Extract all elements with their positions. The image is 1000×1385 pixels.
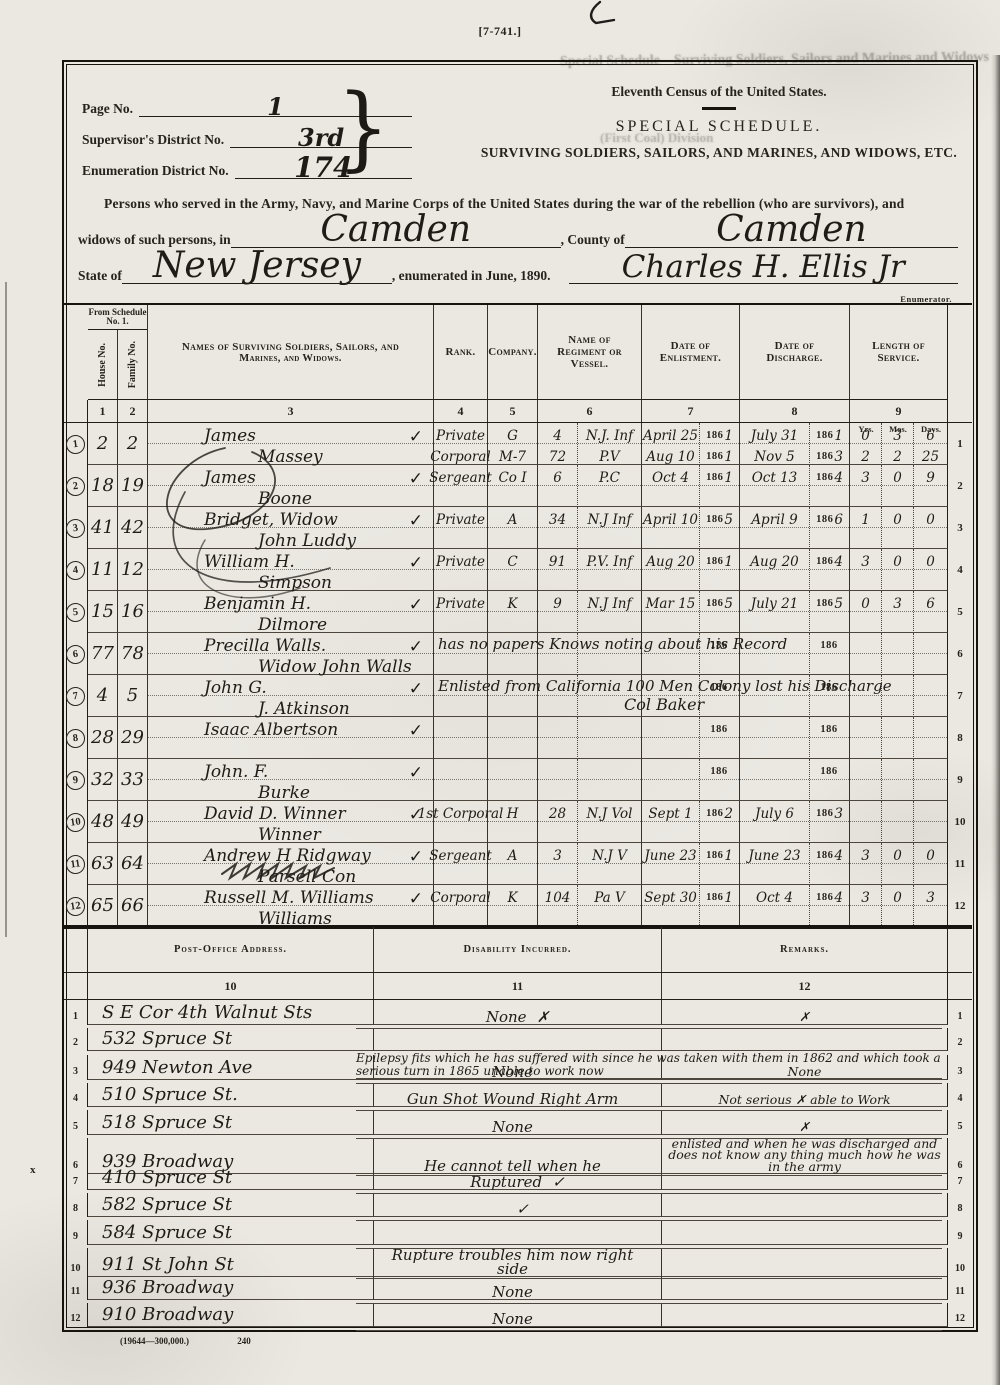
regiment-no-cell: 9 [538,591,578,633]
row-number-cell: 2 [64,465,88,507]
discharge-year-cell: 186 [810,759,850,801]
circled-row-number: 9 [65,769,86,790]
house-no-cell: 48 [88,801,118,843]
row-number-right: 1 [948,1000,972,1025]
spanning-note [356,1191,942,1194]
name-line-2: Dilmore [148,612,433,632]
months-cell [882,801,914,843]
column-number-row: 1 2 3 4 5 6 7 8 9 [64,400,972,423]
enlist-year-cell: 1861 [700,885,740,927]
rank-cell: Corporal [434,885,488,927]
family-no-cell: 42 [118,507,148,549]
name-cell: Russell M. Williams Williams ✓ [148,885,434,927]
row-number-right: 11 [948,843,972,885]
lower-table-row: 10 911 St John St Rupture troubles him n… [64,1248,972,1276]
years-cell: 0 [850,591,882,633]
enlist-year-cell: 1861 1861 [700,423,740,465]
disability-mark: ✗ [537,1010,550,1024]
remarks-header: Remarks. [662,927,948,973]
name-line-2: Widow John Walls [148,654,433,674]
remarks-cell [662,1165,948,1190]
col-num-2: 2 [118,400,148,422]
spanning-note [356,1081,942,1084]
table-row: 10 48 49 David D. Winner Winner ✓ 1st Co… [64,801,972,843]
discharge-year-cell: 1861 1863 [810,423,850,465]
table-row: 7 4 5 John G. J. Atkinson ✓ [64,675,972,717]
row-number-left: 11 [64,1275,88,1300]
row-note: Enlisted from California 100 Men Colony … [438,677,943,695]
rank-cell: Private [434,591,488,633]
name-line-1: Isaac Albertson [148,717,433,738]
discharge-header: Date of Discharge. [740,305,850,400]
house-no-cell: 65 [88,885,118,927]
discharge-date-cell [740,717,810,759]
house-family-headers: House No. Family No. [88,330,147,399]
length-header: Length of Service. [850,305,948,400]
months-cell: 0 [882,549,914,591]
circled-row-number: 5 [65,601,86,622]
row-number-left: 2 [64,1028,88,1051]
lower-table-rows: 1 S E Cor 4th Walnut Sts None ✗ ✗ 1 2 53… [64,1000,972,1330]
regiment-no-cell: 4 72 [538,423,578,465]
enumerated-label: , enumerated in June, 1890. [392,268,551,284]
census-title-block: Eleventh Census of the United States. SP… [480,84,958,161]
row-number-right: 5 [948,591,972,633]
address-cell: 410 Spruce St [88,1165,374,1190]
row-number-cell: 5 [64,591,88,633]
company-cell: G M-7 [488,423,538,465]
enlist-year-cell: 1861 [700,549,740,591]
discharge-date-cell: Oct 13 [740,465,810,507]
rank-header: Rank. [434,305,488,400]
spanning-note: Epilepsy fits which he has suffered with… [356,1052,942,1079]
name-line-2: John Luddy [148,528,433,548]
lower-table-row: 11 936 Broadway None 11 [64,1275,972,1303]
name-line-2: Winner [148,822,433,842]
schedule-title: SPECIAL SCHEDULE. [480,118,958,136]
page-edge-shadow [991,55,1000,1385]
print-number: 240 [237,1336,251,1346]
row-number-left: 3 [64,1055,88,1080]
family-no-cell: 16 [118,591,148,633]
months-cell: 3 [882,591,914,633]
months-cell: 0 [882,465,914,507]
regiment-name-cell: N.J Vol [578,801,642,843]
row-number-cell: 9 [64,759,88,801]
name-line-1: Benjamin H. [148,591,433,612]
check-mark: ✓ [409,511,423,531]
years-cell: 3 [850,885,882,927]
days-cell [914,759,948,801]
enlist-date-cell: Sept 30 [642,885,700,927]
disability-header: Disability Incurred. [374,927,662,973]
disability-cell: None [374,1110,662,1135]
rank-cell: 1st Corporal [434,801,488,843]
row-number-cell: 4 [64,549,88,591]
circled-row-number: 7 [65,685,86,706]
page-no-label: Page No. [82,101,133,117]
family-no-header: Family No. [117,330,147,399]
name-line-2 [148,738,433,758]
address-cell: 532 Spruce St [88,1028,374,1051]
rank-cell: Sergeant [434,465,488,507]
row-number-left: 7 [64,1165,88,1190]
company-header: Company. [488,305,538,400]
check-mark: ✓ [409,427,423,447]
row-number-cell: 1 [64,423,88,465]
name-line-1: Russell M. Williams [148,885,433,906]
days-cell [914,717,948,759]
family-no-cell: 64 [118,843,148,885]
remarks-cell: ✗ [662,1000,948,1025]
days-cell: 3 [914,885,948,927]
row-note: has no papers Knows noting about his Rec… [438,635,943,653]
discharge-date-cell: Oct 4 [740,885,810,927]
spanning-note [356,1136,942,1139]
discharge-year-cell: 1864 [810,885,850,927]
company-cell: C [488,549,538,591]
check-mark: ✓ [409,721,423,741]
name-line-1: Precilla Walls. [148,633,433,654]
row-number-right: 2 [948,1028,972,1051]
county-label: , County of [561,232,625,248]
days-cell: 0 [914,843,948,885]
name-cell: Isaac Albertson ✓ [148,717,434,759]
name-cell: James Boone ✓ [148,465,434,507]
title-rule [702,107,736,110]
row-number-right: 4 [948,549,972,591]
discharge-year-cell: 186 [810,717,850,759]
house-no-cell: 32 [88,759,118,801]
regiment-name-cell: Pa V [578,885,642,927]
page-edge-line [5,282,7,937]
row-number-right: 7 [948,1165,972,1190]
rank-cell: Private [434,549,488,591]
name-line-2: Williams [148,906,433,926]
row-number-left: 8 [64,1193,88,1218]
disability-cell: Gun Shot Wound Right Arm [374,1083,662,1108]
discharge-year-cell: 1863 [810,801,850,843]
discharge-date-cell: Aug 20 [740,549,810,591]
family-no-cell: 49 [118,801,148,843]
address-cell: 936 Broadway [88,1275,374,1300]
row-number-right: 3 [948,1055,972,1080]
row-number-left: 9 [64,1220,88,1245]
address-header: Post-Office Address. [88,927,374,973]
margin-col [64,305,88,400]
house-no-cell: 28 [88,717,118,759]
disability-cell: None [374,1303,662,1328]
regiment-no-cell: 34 [538,507,578,549]
family-no-cell: 33 [118,759,148,801]
check-mark: ✓ [409,889,423,909]
table-row: 5 15 16 Benjamin H. Dilmore ✓ Private K … [64,591,972,633]
years-cell: 0 2 [850,423,882,465]
row-number-cell: 12 [64,885,88,927]
name-line-2: Massey [148,444,433,464]
family-no-cell: 2 [118,423,148,465]
row-number-right: 7 [948,675,972,717]
regiment-name-cell: N.J Inf [578,591,642,633]
lower-number-row: 10 11 12 [64,973,972,1000]
lower-table-row: 4 510 Spruce St. Gun Shot Wound Right Ar… [64,1083,972,1111]
state-value: New Jersey [153,245,361,286]
family-no-cell: 5 [118,675,148,717]
from-schedule-header: From Schedule No. 1. House No. Family No… [88,305,148,400]
row-number-right: 9 [948,1220,972,1245]
address-cell: 510 Spruce St. [88,1083,374,1108]
row-note-2: Col Baker [624,695,704,714]
company-cell: K [488,885,538,927]
address-cell: 582 Spruce St [88,1193,374,1218]
row-number-left: 5 [64,1110,88,1135]
circled-row-number: 11 [65,853,86,874]
spanning-note [356,1246,942,1249]
house-no-cell: 2 [88,423,118,465]
company-cell: A [488,843,538,885]
row-number-cell: 3 [64,507,88,549]
years-cell [850,717,882,759]
row-number-right: 6 [948,633,972,675]
row-number-right: 12 [948,1303,972,1328]
discharge-year-cell: 1864 [810,465,850,507]
row-number-cell: 10 [64,801,88,843]
check-mark: ✓ [409,469,423,489]
row-number-cell: 7 [64,675,88,717]
preamble-line2: widows of such persons, in Camden , Coun… [78,212,958,248]
page-no-value: 1 [267,92,284,121]
row-number-right: 11 [948,1275,972,1300]
pen-mark-top [591,2,614,23]
county-value: Camden [716,209,867,250]
address-cell: 911 St John St [88,1248,374,1277]
name-line-2: Parsell Con [148,864,433,884]
enlist-year-cell: 1861 [700,843,740,885]
spanning-note [356,1301,942,1304]
name-cell: Bridget, Widow John Luddy ✓ [148,507,434,549]
regiment-name-cell: P.C [578,465,642,507]
circled-row-number: 4 [65,559,86,580]
preamble-line3: State of New Jersey , enumerated in June… [78,248,958,284]
col-num-11: 11 [374,973,662,999]
row-number-right: 5 [948,1110,972,1135]
disability-cell: None ✗ [374,1000,662,1025]
rank-cell [434,759,488,801]
state-rule: New Jersey [122,262,392,284]
state-label: State of [78,268,122,284]
circled-row-number: 12 [65,895,86,916]
family-no-cell: 29 [118,717,148,759]
col-num-1: 1 [88,400,118,422]
table-row: 6 77 78 Precilla Walls. Widow John Walls… [64,633,972,675]
lower-table-row: 2 532 Spruce St 2 Epilepsy fits which he… [64,1028,972,1056]
table-row: 11 63 64 Andrew H Ridgway Parsell Con ✓ … [64,843,972,885]
disability-cell [374,1028,662,1051]
row-number-right: 3 [948,507,972,549]
house-no-cell: 4 [88,675,118,717]
enumerator-signature: Charles H. Ellis Jr [622,249,905,285]
discharge-year-cell: 1866 [810,507,850,549]
signature-rule: Charles H. Ellis Jr [569,263,959,284]
preamble: Persons who served in the Army, Navy, an… [78,196,958,284]
family-no-cell: 66 [118,885,148,927]
enlist-date-cell [642,717,700,759]
company-cell [488,759,538,801]
years-cell: 3 [850,549,882,591]
row-number-right: 8 [948,717,972,759]
spanning-note [356,1328,942,1331]
company-cell: H [488,801,538,843]
enlist-date-cell: April 25 Aug 10 [642,423,700,465]
check-mark: ✓ [409,679,423,699]
schedule-subtitle: SURVIVING SOLDIERS, SAILORS, AND MARINES… [480,145,958,161]
enlist-date-cell [642,759,700,801]
years-cell [850,759,882,801]
table-row: 1 2 2 James Massey ✓ Private Corporal G … [64,423,972,465]
company-cell: Co I [488,465,538,507]
spanning-note [356,1218,942,1221]
remarks-cell: ✗ [662,1110,948,1135]
family-no-cell: 78 [118,633,148,675]
discharge-date-cell: July 6 [740,801,810,843]
row-number-right: 9 [948,759,972,801]
circled-row-number: 2 [65,475,86,496]
company-cell [488,717,538,759]
col-num-3: 3 [148,400,434,422]
rank-cell: Sergeant [434,843,488,885]
enlistment-header: Date of Enlistment. [642,305,740,400]
col-num-12: 12 [662,973,948,999]
address-cell: 518 Spruce St [88,1110,374,1135]
days-cell [914,801,948,843]
row-number-right: 2 [948,465,972,507]
col-num-7: 7 [642,400,740,422]
months-cell: 0 [882,885,914,927]
table-row: 4 11 12 William H. Simpson ✓ Private C 9… [64,549,972,591]
name-line-1: William H. [148,549,433,570]
months-cell: 0 [882,507,914,549]
lower-table-header: Post-Office Address. Disability Incurred… [64,927,972,973]
years-cell: 3 [850,465,882,507]
enlist-date-cell: June 23 [642,843,700,885]
name-cell: William H. Simpson ✓ [148,549,434,591]
table-rows: 1 2 2 James Massey ✓ Private Corporal G … [64,423,972,927]
discharge-date-cell: June 23 [740,843,810,885]
col-num-4: 4 [434,400,488,422]
regiment-name-cell: N.J V [578,843,642,885]
house-no-cell: 41 [88,507,118,549]
regiment-no-cell: 6 [538,465,578,507]
lower-table-row: 6 939 Broadway He cannot tell when he en… [64,1138,972,1166]
regiment-no-cell [538,717,578,759]
rank-cell [434,717,488,759]
col-num-9: 9 [850,400,948,422]
names-header: Names of Surviving Soldiers, Sailors, an… [148,305,434,400]
house-no-cell: 77 [88,633,118,675]
table-row: 3 41 42 Bridget, Widow John Luddy ✓ Priv… [64,507,972,549]
address-cell: 949 Newton Ave [88,1055,374,1080]
months-cell [882,717,914,759]
row-number-left: 1 [64,1000,88,1025]
family-no-cell: 19 [118,465,148,507]
discharge-date-cell: July 21 [740,591,810,633]
days-cell: 0 [914,549,948,591]
name-line-1: David D. Winner [148,801,433,822]
name-line-2: Simpson [148,570,433,590]
enlist-date-cell: Oct 4 [642,465,700,507]
address-cell: 584 Spruce St [88,1220,374,1245]
circled-row-number: 1 [65,433,86,454]
spanning-note [356,1108,942,1111]
remarks-cell [662,1248,948,1277]
lower-table-row: 12 910 Broadway None 12 [64,1303,972,1331]
scanned-census-page: { "page": { "form_code": "[7-741.]", "fo… [0,0,1000,1385]
check-mark: ✓ [409,595,423,615]
circled-row-number: 3 [65,517,86,538]
house-no-header: House No. [88,330,117,399]
enumeration-label: Enumeration District No. [82,163,229,179]
check-mark: ✓ [409,553,423,573]
remarks-cell: Not serious ✗ able to Work [662,1083,948,1108]
county-rule: Camden [625,226,958,248]
row-number-right: 10 [948,801,972,843]
regiment-name-cell: P.V. Inf [578,549,642,591]
enlist-year-cell: 1862 [700,801,740,843]
discharge-year-cell: 1865 [810,591,850,633]
circled-row-number: 6 [65,643,86,664]
row-number-right: 12 [948,885,972,927]
form-code: [7-741.] [0,24,1000,39]
enlist-date-cell: Mar 15 [642,591,700,633]
brace-glyph: } [337,74,390,181]
rank-cell: Private [434,507,488,549]
lower-table-row: 8 582 Spruce St ✓ 8 [64,1193,972,1221]
days-cell: 0 [914,507,948,549]
row-number-cell: 8 [64,717,88,759]
name-line-1: John. F. [148,759,433,780]
months-cell: 3 2 [882,423,914,465]
days-cell: 6 [914,591,948,633]
remarks-cell [662,1028,948,1051]
disability-cell: None [374,1275,662,1300]
discharge-date-cell [740,759,810,801]
circled-row-number: 8 [65,727,86,748]
name-cell: James Massey ✓ [148,423,434,465]
table-row: 9 32 33 John. F. Burke ✓ [64,759,972,801]
place-value: Camden [320,209,471,250]
row-number-right: 1 [948,423,972,465]
enlist-date-cell: Sept 1 [642,801,700,843]
spanning-note [356,1026,942,1029]
house-no-cell: 11 [88,549,118,591]
regiment-name-cell [578,759,642,801]
print-code: (19644—300,000.) [120,1336,189,1346]
col-num-5: 5 [488,400,538,422]
discharge-date-cell: July 31 Nov 5 [740,423,810,465]
remarks-cell [662,1275,948,1300]
check-mark: ✓ [409,637,423,657]
address-cell: 910 Broadway [88,1303,374,1328]
regiment-no-cell: 3 [538,843,578,885]
lower-table-row: 5 518 Spruce St None ✗ 5 [64,1110,972,1138]
discharge-year-cell: 1864 [810,843,850,885]
regiment-no-cell: 91 [538,549,578,591]
lower-table-row: 7 410 Spruce St Ruptured ✓ 7 [64,1165,972,1193]
regiment-no-cell: 104 [538,885,578,927]
remarks-cell [662,1303,948,1328]
enlist-year-cell: 1865 [700,507,740,549]
disability-cell: ✓ [374,1193,662,1218]
